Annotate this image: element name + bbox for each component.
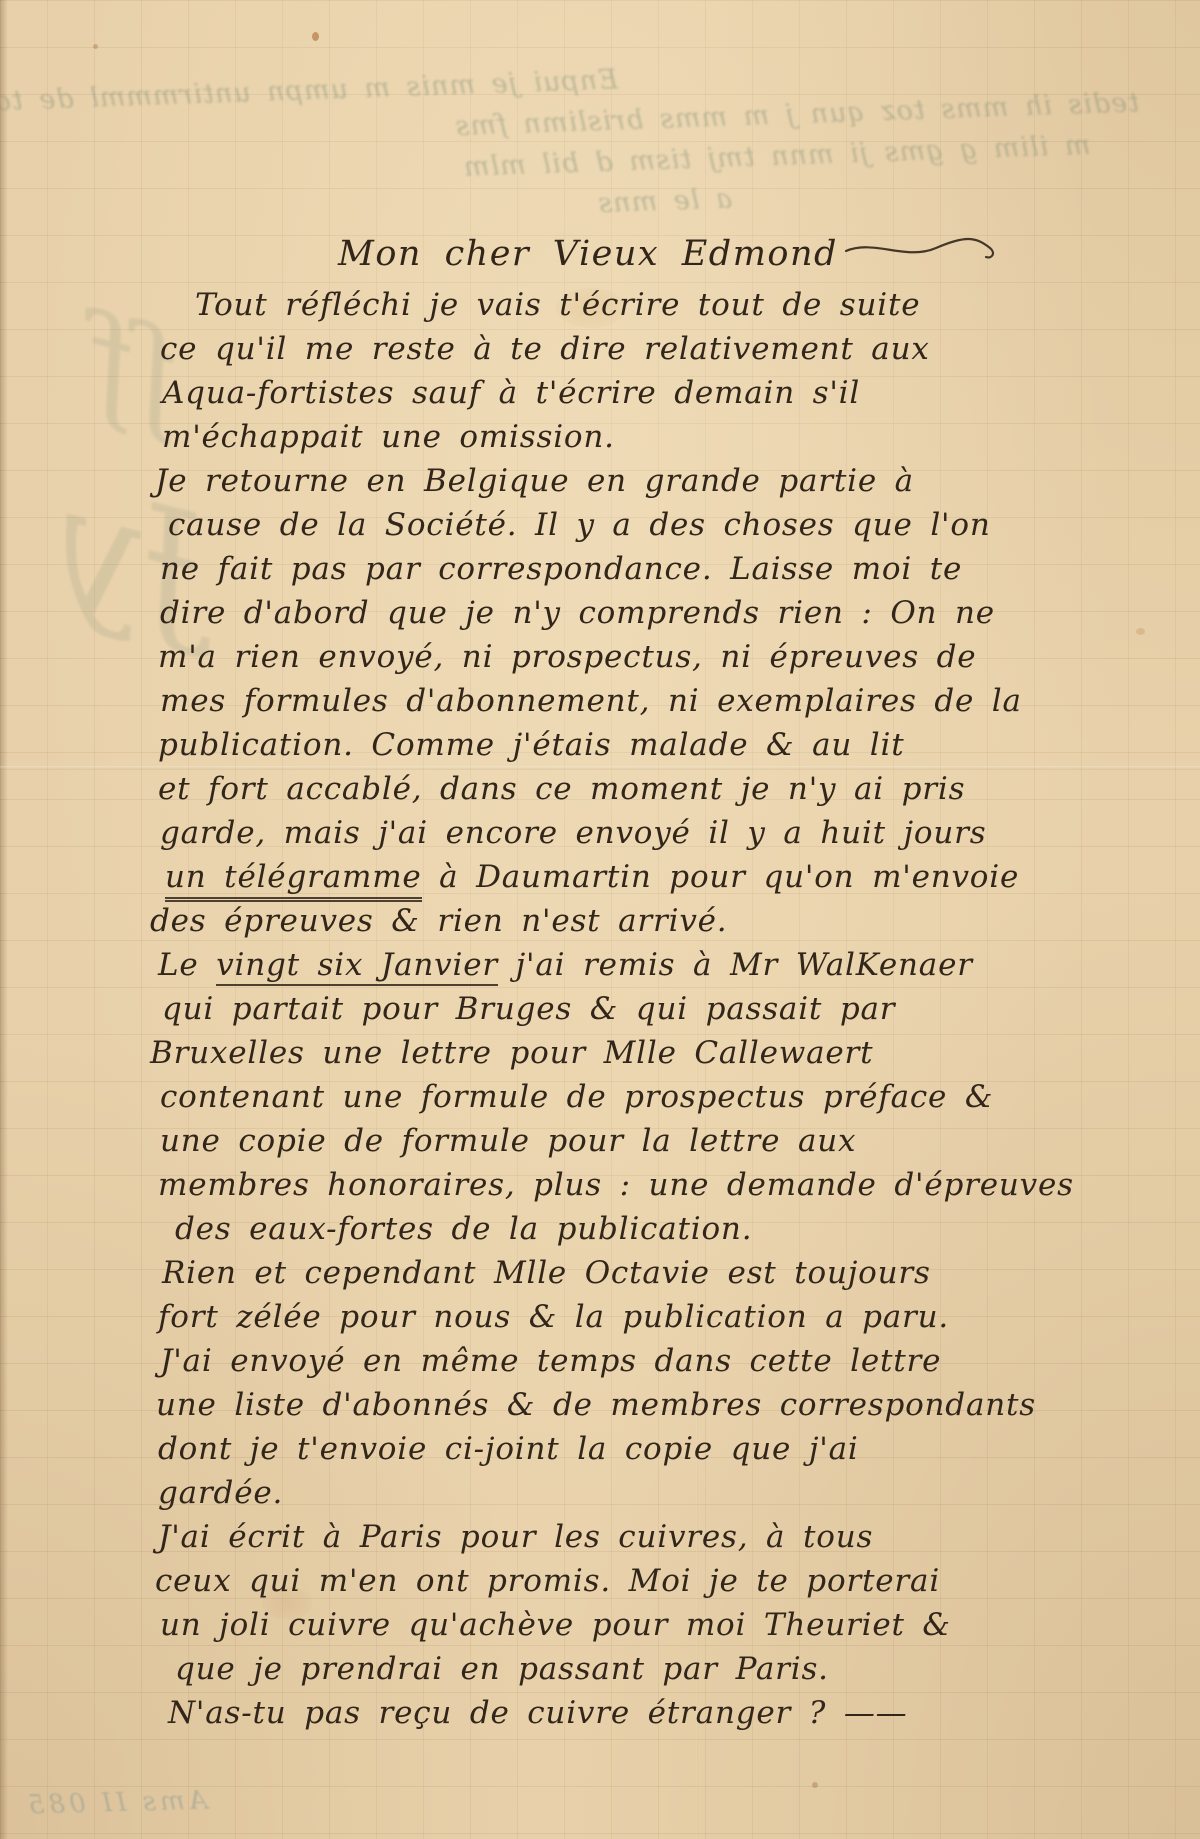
letter-line: qui partait pour Bruges & qui passait pa… — [162, 987, 1074, 1031]
letter-line: Bruxelles une lettre pour Mlle Callewaer… — [150, 1031, 1074, 1075]
letter-text: contenant une formule de prospectus préf… — [160, 1079, 993, 1115]
letter-line: Tout réfléchi je vais t'écrire tout de s… — [195, 283, 1074, 327]
letter-text: m'a rien envoyé, ni prospectus, ni épreu… — [158, 639, 976, 675]
torn-paper-edge — [0, 0, 8, 1839]
letter-text: des eaux-fortes de la publication. — [175, 1211, 752, 1247]
letter-text: gardée. — [158, 1475, 283, 1511]
letter-line: une copie de formule pour la lettre aux — [160, 1119, 1074, 1163]
paper-stain — [1136, 628, 1145, 635]
underlined-text: un télégramme — [165, 859, 422, 902]
letter-line: J'ai écrit à Paris pour les cuivres, à t… — [158, 1515, 1074, 1559]
letter-line: ceux qui m'en ont promis. Moi je te port… — [155, 1559, 1074, 1603]
letter-text: garde, mais j'ai encore envoyé il y a hu… — [160, 815, 986, 851]
salutation: Mon cher Vieux Edmond — [338, 234, 1004, 274]
letter-text: Bruxelles une lettre pour Mlle Callewaer… — [150, 1035, 873, 1071]
letter-text: et fort accablé, dans ce moment je n'y a… — [158, 771, 965, 807]
letter-text: j'ai remis à Mr WalKenaer — [498, 947, 973, 983]
letter-line: publication. Comme j'étais malade & au l… — [158, 723, 1074, 767]
letter-text: que je prendrai en passant par Paris. — [175, 1651, 829, 1687]
flourish-stroke — [844, 235, 1004, 265]
letter-line: une liste d'abonnés & de membres corresp… — [156, 1383, 1074, 1427]
verso-bleedthrough: Enpui je mnis m umpn untirmmml de tout—t… — [37, 41, 1162, 244]
letter-text: J'ai envoyé en même temps dans cette let… — [160, 1343, 941, 1379]
letter-text: des épreuves & rien n'est arrivé. — [150, 903, 727, 939]
letter-line: cause de la Société. Il y a des choses q… — [168, 503, 1074, 547]
letter-text: dont je t'envoie ci-joint la copie que j… — [158, 1431, 859, 1467]
letter-line: ne fait pas par correspondance. Laisse m… — [160, 547, 1074, 591]
letter-text: membres honoraires, plus : une demande d… — [158, 1167, 1074, 1203]
paper-stain — [93, 44, 98, 49]
letter-text: ne fait pas par correspondance. Laisse m… — [160, 551, 962, 587]
letter-text: une liste d'abonnés & de membres corresp… — [156, 1387, 1036, 1423]
letter-line: m'échappait une omission. — [162, 415, 1074, 459]
letter-text: Le — [158, 947, 216, 983]
letter-line: et fort accablé, dans ce moment je n'y a… — [158, 767, 1074, 811]
letter-line: un télégramme à Daumartin pour qu'on m'e… — [165, 855, 1074, 899]
paper-stain — [812, 1782, 818, 1788]
letter-line: des eaux-fortes de la publication. — [175, 1207, 1074, 1251]
letter-text: publication. Comme j'étais malade & au l… — [158, 727, 904, 763]
letter-line: mes formules d'abonnement, ni exemplaire… — [160, 679, 1074, 723]
paper-stain — [312, 32, 319, 41]
letter-text: fort zélée pour nous & la publication a … — [158, 1299, 949, 1335]
letter-text: un joli cuivre qu'achève pour moi Theuri… — [160, 1607, 951, 1643]
letter-text: Je retourne en Belgique en grande partie… — [155, 463, 914, 499]
archive-mark: Ams II 085 — [24, 1786, 208, 1821]
letter-line: garde, mais j'ai encore envoyé il y a hu… — [160, 811, 1074, 855]
letter-line: Je retourne en Belgique en grande partie… — [155, 459, 1074, 503]
letter-line: fort zélée pour nous & la publication a … — [158, 1295, 1074, 1339]
salutation-text: Mon cher Vieux Edmond — [338, 234, 838, 274]
letter-line: dont je t'envoie ci-joint la copie que j… — [158, 1427, 1074, 1471]
letter-line: Aqua-fortistes sauf à t'écrire demain s'… — [162, 371, 1074, 415]
letter-text: Tout réfléchi je vais t'écrire tout de s… — [195, 287, 920, 323]
letter-text: Rien et cependant Mlle Octavie est toujo… — [162, 1255, 931, 1291]
letter-text: qui partait pour Bruges & qui passait pa… — [162, 991, 895, 1027]
letter-text: mes formules d'abonnement, ni exemplaire… — [160, 683, 1022, 719]
letter-line: des épreuves & rien n'est arrivé. — [150, 899, 1074, 943]
letter-text: cause de la Société. Il y a des choses q… — [168, 507, 991, 543]
letter-text: m'échappait une omission. — [162, 419, 615, 455]
letter-text: N'as-tu pas reçu de cuivre étranger ? —— — [168, 1695, 907, 1731]
letter-text: une copie de formule pour la lettre aux — [160, 1123, 856, 1159]
letter-line: Rien et cependant Mlle Octavie est toujo… — [162, 1251, 1074, 1295]
letter-line: Le vingt six Janvier j'ai remis à Mr Wal… — [158, 943, 1074, 987]
letter-line: dire d'abord que je n'y comprends rien :… — [160, 591, 1074, 635]
letter-line: contenant une formule de prospectus préf… — [160, 1075, 1074, 1119]
letter-text: ce qu'il me reste à te dire relativement… — [160, 331, 930, 367]
underlined-text: vingt six Janvier — [216, 947, 498, 986]
letter-line: m'a rien envoyé, ni prospectus, ni épreu… — [158, 635, 1074, 679]
letter-line: ce qu'il me reste à te dire relativement… — [160, 327, 1074, 371]
letter-line: que je prendrai en passant par Paris. — [175, 1647, 1074, 1691]
letter-line: N'as-tu pas reçu de cuivre étranger ? —— — [168, 1691, 1074, 1735]
letter-text: Aqua-fortistes sauf à t'écrire demain s'… — [162, 375, 860, 411]
letter-text: dire d'abord que je n'y comprends rien :… — [160, 595, 995, 631]
letter-line: gardée. — [158, 1471, 1074, 1515]
letter-line: un joli cuivre qu'achève pour moi Theuri… — [160, 1603, 1074, 1647]
letter-page: Enpui je mnis m umpn untirmmml de tout—t… — [0, 0, 1200, 1839]
letter-text: ceux qui m'en ont promis. Moi je te port… — [155, 1563, 940, 1599]
letter-text: à Daumartin pour qu'on m'envoie — [422, 859, 1020, 895]
letter-line: membres honoraires, plus : une demande d… — [158, 1163, 1074, 1207]
letter-line: J'ai envoyé en même temps dans cette let… — [160, 1339, 1074, 1383]
letter-text: J'ai écrit à Paris pour les cuivres, à t… — [158, 1519, 873, 1555]
letter-body: Tout réfléchi je vais t'écrire tout de s… — [150, 283, 1074, 1735]
